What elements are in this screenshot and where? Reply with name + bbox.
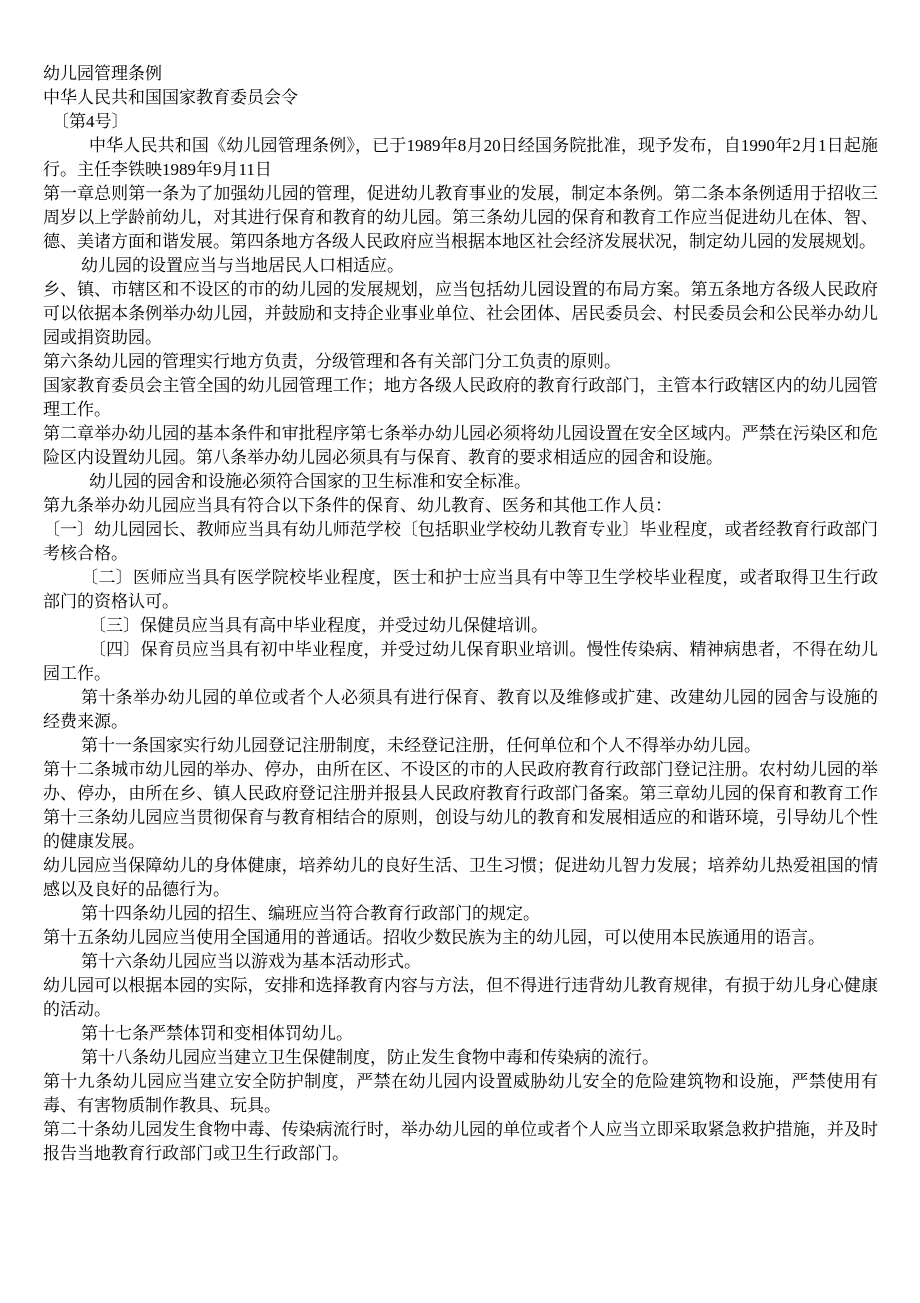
article9-item3: 〔三〕保健员应当具有高中毕业程度，并受过幼儿保健培训。 [43, 614, 878, 638]
promulgation-statement: 中华人民共和国《幼儿园管理条例》，已于1989年8月20日经国务院批准，现予发布… [43, 134, 878, 182]
article9-item2: 〔二〕医师应当具有医学院校毕业程度，医士和护士应当具有中等卫生学校毕业程度，或者… [43, 566, 878, 614]
article9-intro: 第九条举办幼儿园应当具有符合以下条件的保育、幼儿教育、医务和其他工作人员： [43, 494, 878, 518]
article15: 第十五条幼儿园应当使用全国通用的普通话。招收少数民族为主的幼儿园，可以使用本民族… [43, 926, 878, 950]
doc-title: 幼儿园管理条例 [43, 62, 878, 86]
article17: 第十七条严禁体罚和变相体罚幼儿。 [43, 1022, 878, 1046]
chapter2-articles7-8: 第二章举办幼儿园的基本条件和审批程序第七条举办幼儿园必须将幼儿园设置在安全区域内… [43, 422, 878, 470]
article20: 第二十条幼儿园发生食物中毒、传染病流行时，举办幼儿园的单位或者个人应当立即采取紧… [43, 1118, 878, 1166]
document-page: 幼儿园管理条例 中华人民共和国国家教育委员会令 〔第4号〕 中华人民共和国《幼儿… [0, 0, 920, 1303]
article16-activities: 幼儿园可以根据本园的实际，安排和选择教育内容与方法，但不得进行违背幼儿教育规律，… [43, 974, 878, 1022]
decree-number: 〔第4号〕 [43, 110, 878, 134]
article4-population-clause: 幼儿园的设置应当与当地居民人口相适应。 [43, 254, 878, 278]
article14: 第十四条幼儿园的招生、编班应当符合教育行政部门的规定。 [43, 902, 878, 926]
article13-health: 幼儿园应当保障幼儿的身体健康，培养幼儿的良好生活、卫生习惯；促进幼儿智力发展；培… [43, 854, 878, 902]
article9-item4: 〔四〕保育员应当具有初中毕业程度，并受过幼儿保育职业培训。慢性传染病、精神病患者… [43, 638, 878, 686]
article16: 第十六条幼儿园应当以游戏为基本活动形式。 [43, 950, 878, 974]
article8-standards: 幼儿园的园舍和设施必须符合国家的卫生标准和安全标准。 [43, 470, 878, 494]
issuing-authority: 中华人民共和国国家教育委员会令 [43, 86, 878, 110]
article18: 第十八条幼儿园应当建立卫生保健制度，防止发生食物中毒和传染病的流行。 [43, 1046, 878, 1070]
article6-principle: 第六条幼儿园的管理实行地方负责，分级管理和各有关部门分工负责的原则。 [43, 350, 878, 374]
chapter1-articles1-4: 第一章总则第一条为了加强幼儿园的管理，促进幼儿教育事业的发展，制定本条例。第二条… [43, 182, 878, 254]
article19: 第十九条幼儿园应当建立安全防护制度，严禁在幼儿园内设置威胁幼儿安全的危险建筑物和… [43, 1070, 878, 1118]
article10: 第十条举办幼儿园的单位或者个人必须具有进行保育、教育以及维修或扩建、改建幼儿园的… [43, 686, 878, 734]
article6-administration: 国家教育委员会主管全国的幼儿园管理工作；地方各级人民政府的教育行政部门，主管本行… [43, 374, 878, 422]
article4-planning-article5: 乡、镇、市辖区和不设区的市的幼儿园的发展规划，应当包括幼儿园设置的布局方案。第五… [43, 278, 878, 350]
article9-item1: 〔一〕幼儿园园长、教师应当具有幼儿师范学校〔包括职业学校幼儿教育专业〕毕业程度，… [43, 518, 878, 566]
articles12-13: 第十二条城市幼儿园的举办、停办，由所在区、不设区的市的人民政府教育行政部门登记注… [43, 758, 878, 854]
article11: 第十一条国家实行幼儿园登记注册制度，未经登记注册，任何单位和个人不得举办幼儿园。 [43, 734, 878, 758]
